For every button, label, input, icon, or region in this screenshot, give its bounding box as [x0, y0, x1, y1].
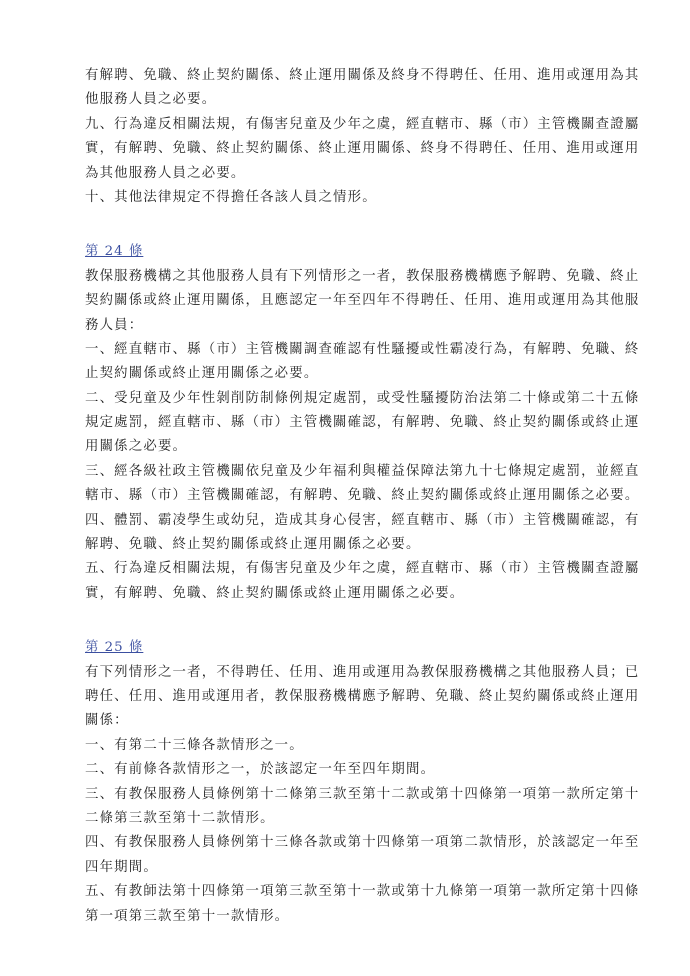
text-line: 三、經各級社政主管機關依兒童及少年福利與權益保障法第九十七條規定處罰，並經直	[85, 460, 615, 484]
text-line: 關係：	[85, 709, 615, 733]
text-line: 二條第三款至第十二款情形。	[85, 807, 615, 831]
text-line: 十、其他法律規定不得擔任各該人員之情形。	[85, 186, 615, 210]
document-page: 有解聘、免職、終止契約關係、終止運用關係及終身不得聘任、任用、進用或運用為其 他…	[85, 64, 615, 929]
text-line: 有解聘、免職、終止契約關係、終止運用關係及終身不得聘任、任用、進用或運用為其	[85, 64, 615, 88]
text-line: 二、受兒童及少年性剝削防制條例規定處罰，或受性騷擾防治法第二十條或第二十五條	[85, 387, 615, 411]
text-line: 三、有教保服務人員條例第十二條第三款至第十二款或第十四條第一項第一款所定第十	[85, 783, 615, 807]
article-25-link[interactable]: 第 25 條	[85, 636, 143, 660]
text-line: 四、體罰、霸凌學生或幼兒，造成其身心侵害，經直轄市、縣（市）主管機關確認，有	[85, 509, 615, 533]
text-line: 解聘、免職、終止契約關係或終止運用關係之必要。	[85, 533, 615, 557]
text-line: 契約關係或終止運用關係，且應認定一年至四年不得聘任、任用、進用或運用為其他服	[85, 289, 615, 313]
text-line: 為其他服務人員之必要。	[85, 162, 615, 186]
text-line: 止契約關係或終止運用關係之必要。	[85, 362, 615, 386]
text-line: 用關係之必要。	[85, 435, 615, 459]
article-24-link[interactable]: 第 24 條	[85, 240, 143, 264]
text-line: 教保服務機構之其他服務人員有下列情形之一者，教保服務機構應予解聘、免職、終止	[85, 265, 615, 289]
text-line: 務人員：	[85, 314, 615, 338]
text-line: 第一項第三款至第十一款情形。	[85, 905, 615, 929]
article-24: 第 24 條 教保服務機構之其他服務人員有下列情形之一者，教保服務機構應予解聘、…	[85, 240, 615, 606]
text-line: 實，有解聘、免職、終止契約關係或終止運用關係之必要。	[85, 582, 615, 606]
text-line: 九、行為違反相關法規，有傷害兒童及少年之虞，經直轄市、縣（市）主管機關查證屬	[85, 113, 615, 137]
article-25: 第 25 條 有下列情形之一者，不得聘任、任用、進用或運用為教保服務機構之其他服…	[85, 636, 615, 929]
text-line: 規定處罰，經直轄市、縣（市）主管機關確認，有解聘、免職、終止契約關係或終止運	[85, 411, 615, 435]
text-line: 五、有教師法第十四條第一項第三款至第十一款或第十九條第一項第一款所定第十四條	[85, 880, 615, 904]
text-line: 二、有前條各款情形之一，於該認定一年至四年期間。	[85, 758, 615, 782]
text-line: 聘任、任用、進用或運用者，教保服務機構應予解聘、免職、終止契約關係或終止運用	[85, 685, 615, 709]
text-line: 四、有教保服務人員條例第十三條各款或第十四條第一項第二款情形，於該認定一年至	[85, 831, 615, 855]
text-line: 轄市、縣（市）主管機關確認，有解聘、免職、終止契約關係或終止運用關係之必要。	[85, 484, 615, 508]
text-line: 他服務人員之必要。	[85, 88, 615, 112]
text-line: 四年期間。	[85, 856, 615, 880]
text-line: 一、有第二十三條各款情形之一。	[85, 734, 615, 758]
text-line: 五、行為違反相關法規，有傷害兒童及少年之虞，經直轄市、縣（市）主管機關查證屬	[85, 557, 615, 581]
text-line: 一、經直轄市、縣（市）主管機關調查確認有性騷擾或性霸凌行為，有解聘、免職、終	[85, 338, 615, 362]
text-line: 實，有解聘、免職、終止契約關係、終止運用關係、終身不得聘任、任用、進用或運用	[85, 137, 615, 161]
text-line: 有下列情形之一者，不得聘任、任用、進用或運用為教保服務機構之其他服務人員；已	[85, 661, 615, 685]
continuation-block: 有解聘、免職、終止契約關係、終止運用關係及終身不得聘任、任用、進用或運用為其 他…	[85, 64, 615, 210]
